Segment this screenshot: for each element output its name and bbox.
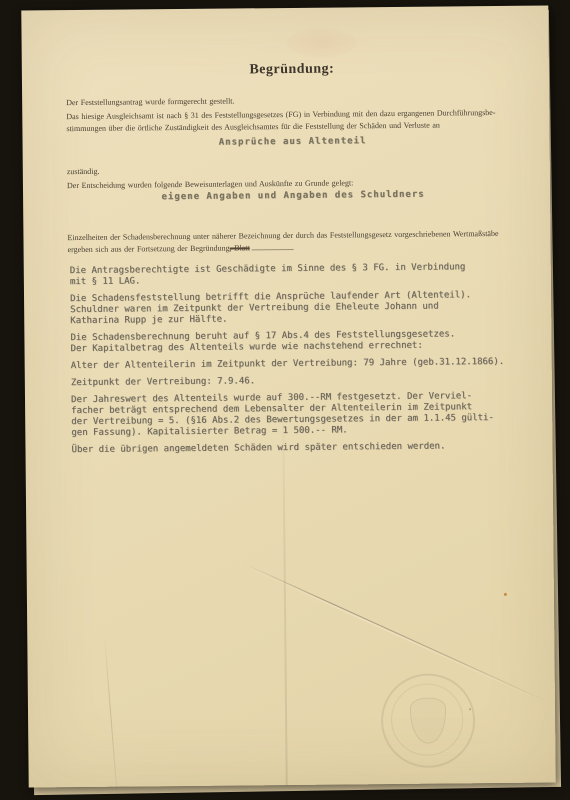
printed-paragraph-details: Einzelheiten der Schadensberechnung unte… [67,228,519,256]
struck-text-blatt: , Blatt [230,243,250,252]
typed-paragraph: Über die übrigen angemeldeten Schäden wi… [71,441,541,457]
typed-paragraph: Zeitpunkt der Vertreibung: 7.9.46. [71,374,541,390]
document-title: Begründung: [66,60,518,80]
document-page: Begründung: Der Feststellungsantrag wurd… [21,5,555,787]
faint-smudge [286,27,356,58]
scan-background: { "document": { "title": "Begründung:", … [0,0,570,800]
typed-paragraph: Alter der Altenteilerin im Zeitpunkt der… [71,357,541,373]
embossed-seal [381,673,476,768]
typed-line: Über die übrigen angemeldeten Schäden wi… [71,441,541,457]
printed-paragraph-jurisdiction: Das hiesige Ausgleichsamt ist nach § 31 … [66,107,518,135]
left-crease [104,632,118,792]
fold-crease [242,562,548,702]
typed-paragraph: Der Jahreswert des Altenteils wurde auf … [71,391,541,440]
typed-claim-type: Ansprüche aus Altenteil [67,135,519,149]
page-content: Begründung: Der Feststellungsantrag wurd… [21,5,555,787]
typed-line: Alter der Altenteilerin im Zeitpunkt der… [71,357,541,373]
typed-paragraph: Die Antragsberechtigte ist Geschädigte i… [70,262,540,289]
printed-line: ergeben sich aus der Fortsetzung der Beg… [68,244,230,255]
rust-speck [469,708,471,710]
typed-body-block: Die Antragsberechtigte ist Geschädigte i… [70,262,542,463]
printed-line: Der Entscheidung wurden folgende Beweisu… [67,178,354,190]
rust-speck [504,593,507,596]
typed-line: Zeitpunkt der Vertreibung: 7.9.46. [71,374,541,390]
printed-line: zuständig. [67,167,100,176]
typed-paragraph: Die Schadensberechnung beruht auf § 17 A… [70,329,540,356]
blank-fill-line [252,242,294,250]
printed-line: Der Feststellungsantrag wurde formgerech… [66,97,234,108]
fold-crease-highlight [242,564,548,704]
typed-paragraph: Die Schadensfeststellung betrifft die An… [70,290,540,328]
